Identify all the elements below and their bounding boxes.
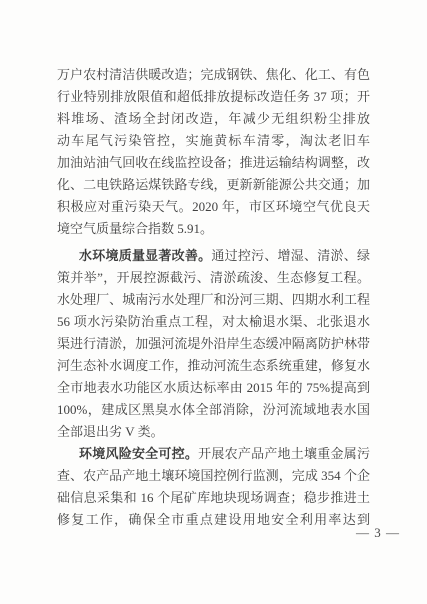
line-text: 策并举”，开展控源截污、清淤疏浚、生态修复工程。完成汾东污: [57, 270, 370, 289]
text-line: 加油站油气回收在线监控设备；推进运输结构调整，改造太钢焦: [57, 152, 370, 174]
line-text: 全市地表水功能区水质达标率由 2015 年的 75%提高到 2020 年的: [57, 380, 370, 399]
text-line: 策并举”，开展控源截污、清淤疏浚、生态修复工程。完成汾东污: [57, 267, 370, 289]
line-text: 积极应对重污染天气。2020 年，市区环境空气优良天数 224 天，环: [57, 199, 370, 218]
paragraph-heading: 水环境质量显著改善。: [79, 248, 211, 263]
text-line: 全市地表水功能区水质达标率由 2015 年的 75%提高到 2020 年的: [57, 377, 370, 399]
text-line: 修复工作，确保全市重点建设用地安全利用率达到 100%，2020: [57, 509, 370, 531]
line-text: 境空气质量综合指数 5.91。: [57, 221, 213, 236]
line-text: 修复工作，确保全市重点建设用地安全利用率达到 100%，2020: [57, 512, 370, 531]
text-line: 渠进行清淤，加强河流堤外沿岸生态缓冲隔离防护林带建设和汾: [57, 333, 370, 355]
text-line: 料堆场、渣场全封闭改造，年减少无组织粉尘排放 4460 吨；强化机: [57, 108, 370, 130]
text-line: 积极应对重污染天气。2020 年，市区环境空气优良天数 224 天，环: [57, 196, 370, 218]
page-number: — 3 —: [356, 522, 400, 544]
line-text: 化、二电铁路运煤铁路专线，更新新能源公共交通；加强科技治污，: [57, 177, 370, 196]
text-line: 100%，建成区黑臭水体全部消除，汾河流域地表水国考断面水质: [57, 399, 370, 421]
line-text: 河生态补水调度工作，推动河流生态系统重建，修复水生态环境。: [57, 358, 370, 377]
text-line: 河生态补水调度工作，推动河流生态系统重建，修复水生态环境。: [57, 355, 370, 377]
paragraph-heading: 环境风险安全可控。: [79, 446, 198, 461]
text-line: 行业特别排放限值和超低排放提标改造任务 37 项；开展太钢原材: [57, 86, 370, 108]
document-page: 万户农村清洁供暖改造；完成钢铁、焦化、化工、有色金属、水泥等行业特别排放限值和超…: [0, 0, 427, 604]
line-text: 56 项水污染防治重点工程，对太榆退水渠、北张退水渠等河道、涵: [57, 314, 370, 333]
line-text: 万户农村清洁供暖改造；完成钢铁、焦化、化工、有色金属、水泥等: [57, 67, 370, 86]
line-text: 础信息采集和 16 个尾矿库地块现场调查；稳步推进土壤治理与: [57, 490, 370, 509]
line-text: 加油站油气回收在线监控设备；推进运输结构调整，改造太钢焦: [57, 155, 370, 174]
text-block: 万户农村清洁供暖改造；完成钢铁、焦化、化工、有色金属、水泥等行业特别排放限值和超…: [57, 64, 370, 531]
text-line: 水处理厂、城南污水处理厂和汾河三期、四期水利工程建设，实施: [57, 289, 370, 311]
line-text: 行业特别排放限值和超低排放提标改造任务 37 项；开展太钢原材: [57, 89, 370, 108]
line-text: 查、农产品产地土壤环境国控例行监测，完成 354 个企业地块基: [57, 468, 370, 487]
text-line: 础信息采集和 16 个尾矿库地块现场调查；稳步推进土壤治理与: [57, 487, 370, 509]
line-text: 动车尾气污染管控，实施黄标车清零，淘汰老旧车 14733 辆，安装: [57, 133, 370, 152]
line-text: 全部退出劣 V 类。: [57, 424, 164, 439]
text-line: 环境风险安全可控。开展农产品产地土壤重金属污染普: [57, 443, 370, 465]
line-text: 渠进行清淤，加强河流堤外沿岸生态缓冲隔离防护林带建设和汾: [57, 336, 370, 355]
line-text: 料堆场、渣场全封闭改造，年减少无组织粉尘排放 4460 吨；强化机: [57, 111, 370, 130]
text-line: 境空气质量综合指数 5.91。: [57, 218, 370, 240]
text-line: 56 项水污染防治重点工程，对太榆退水渠、北张退水渠等河道、涵: [57, 311, 370, 333]
text-line: 动车尾气污染管控，实施黄标车清零，淘汰老旧车 14733 辆，安装: [57, 130, 370, 152]
text-line: 化、二电铁路运煤铁路专线，更新新能源公共交通；加强科技治污，: [57, 174, 370, 196]
text-line: 查、农产品产地土壤环境国控例行监测，完成 354 个企业地块基: [57, 465, 370, 487]
line-text: 水处理厂、城南污水处理厂和汾河三期、四期水利工程建设，实施: [57, 292, 370, 311]
text-line: 全部退出劣 V 类。: [57, 421, 370, 443]
text-line: 万户农村清洁供暖改造；完成钢铁、焦化、化工、有色金属、水泥等: [57, 64, 370, 86]
text-line: 水环境质量显著改善。通过控污、增湿、清淤、绿岸、调水“五: [57, 245, 370, 267]
line-text: 100%，建成区黑臭水体全部消除，汾河流域地表水国考断面水质: [57, 402, 370, 421]
